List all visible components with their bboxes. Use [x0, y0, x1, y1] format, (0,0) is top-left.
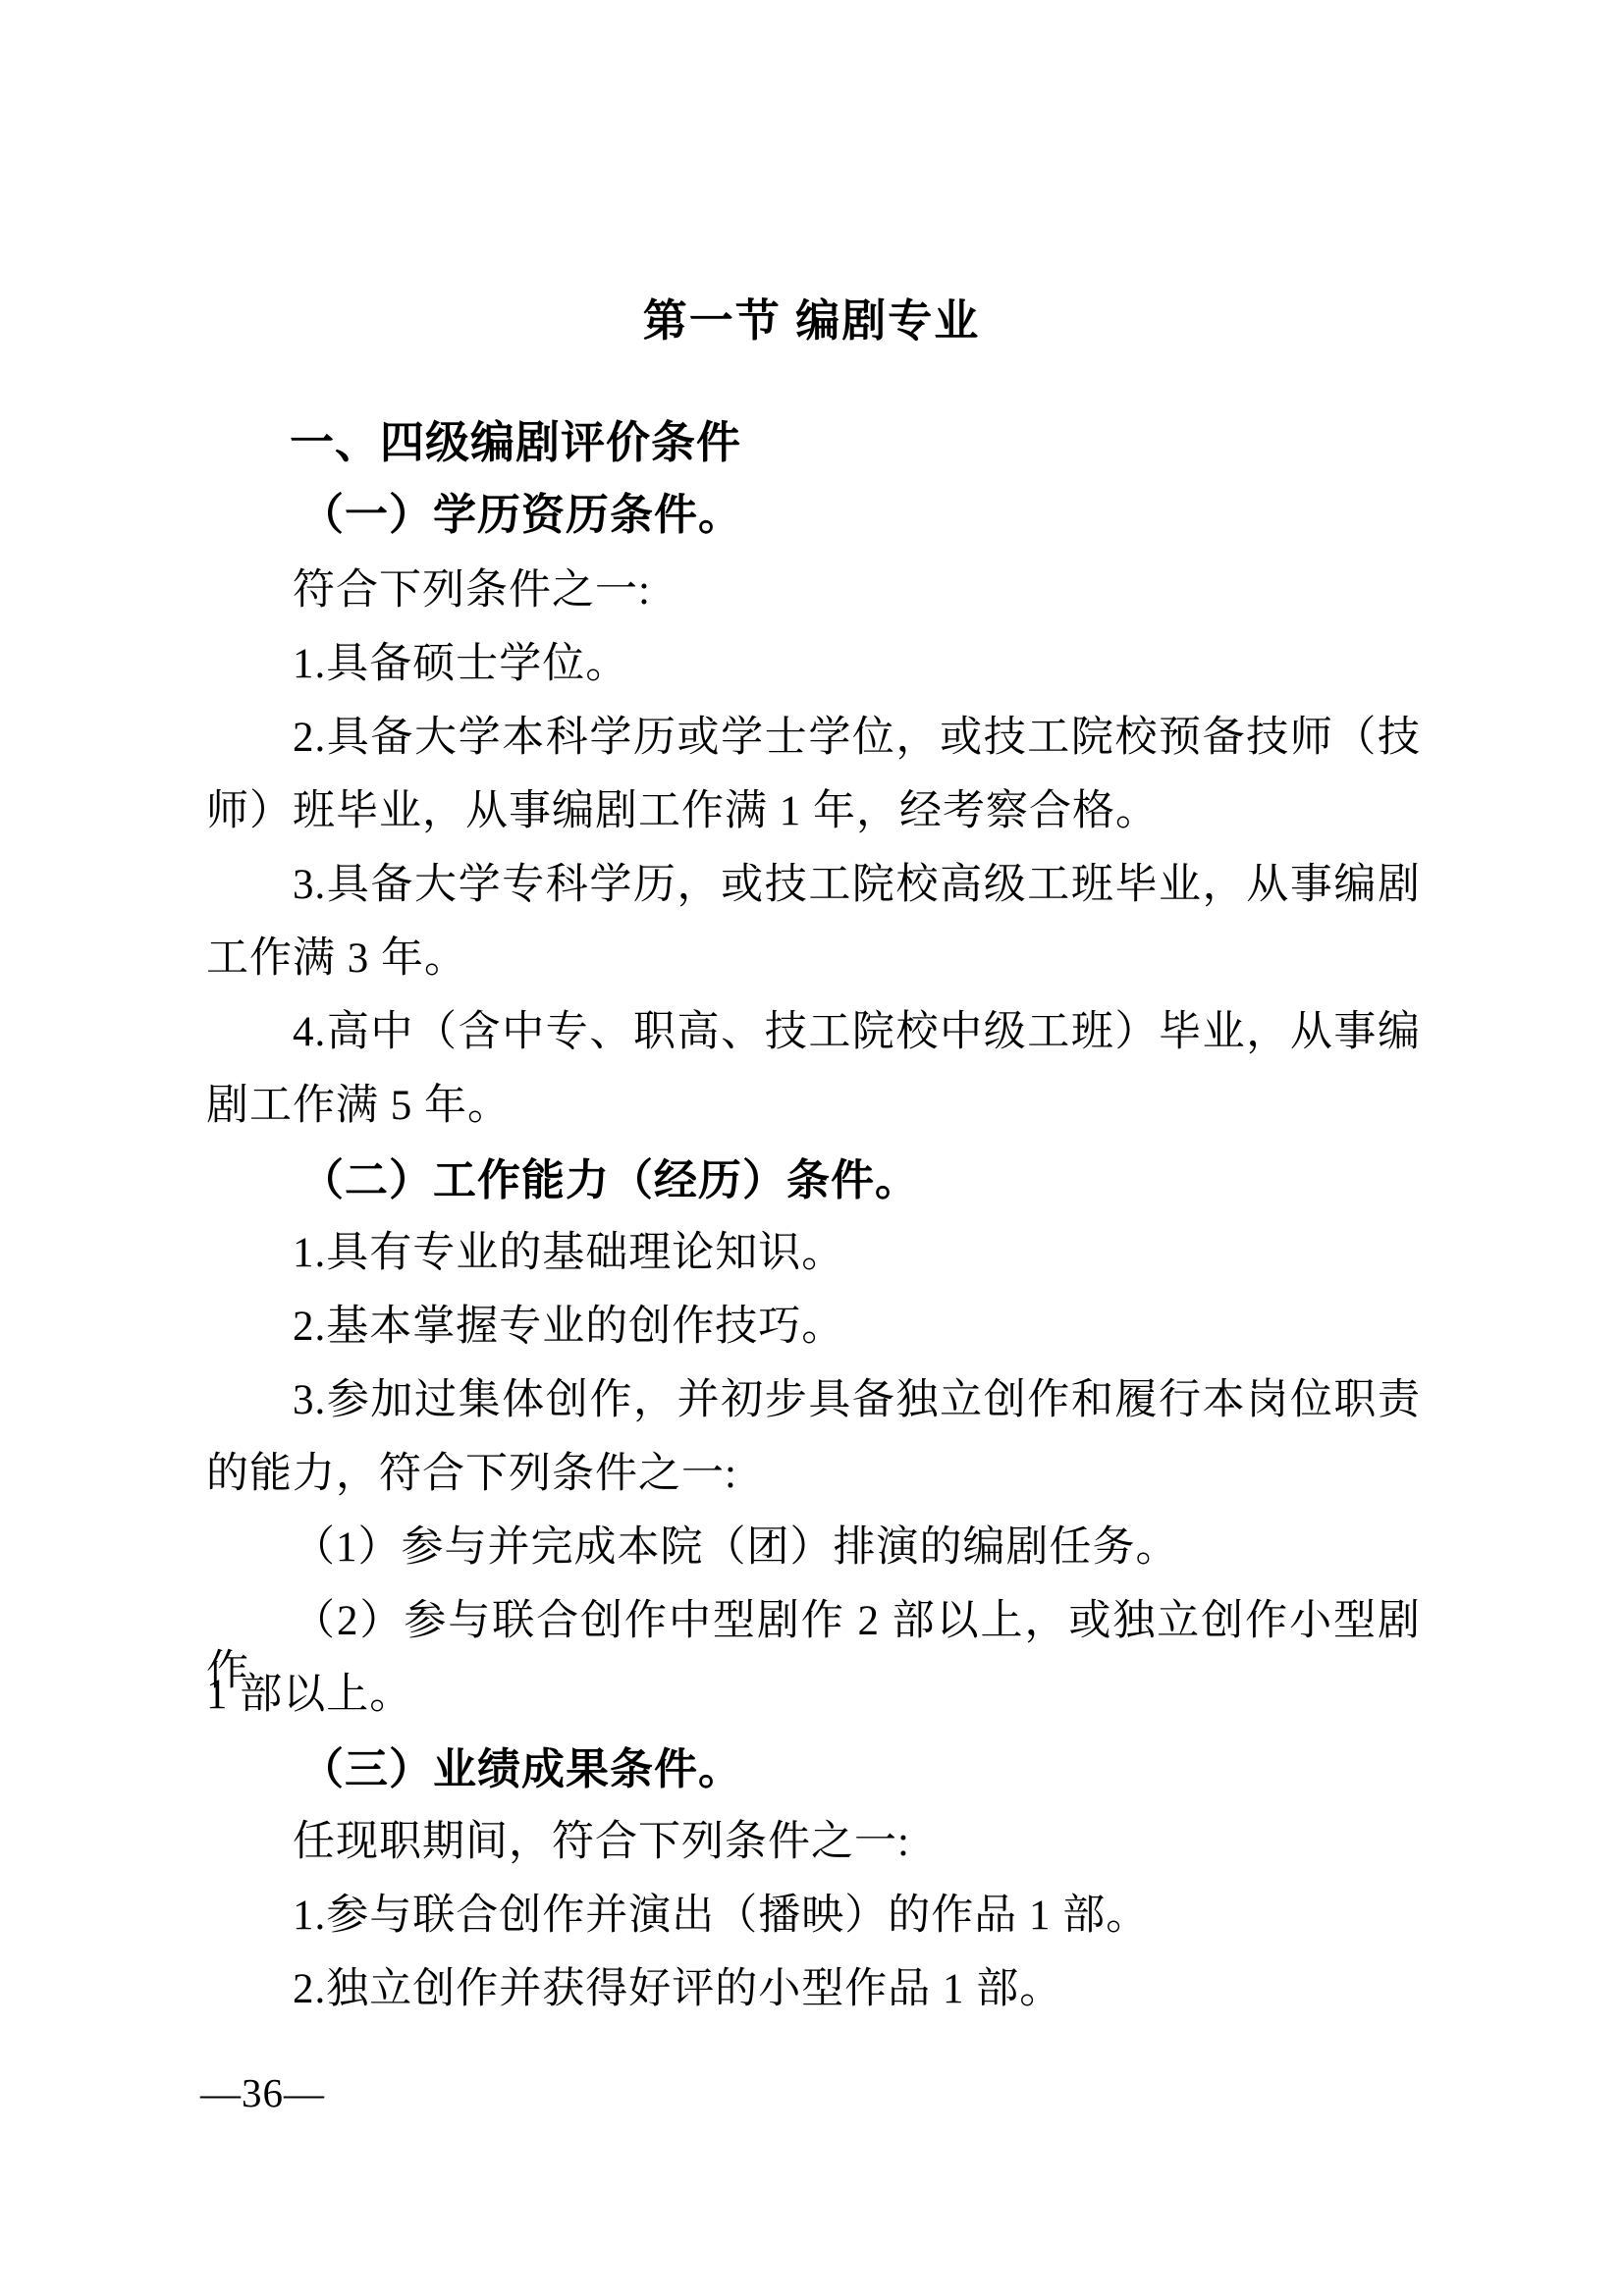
page-number: —36— — [200, 2069, 325, 2116]
heading-work-ability-requirements: （二）工作能力（经历）条件。 — [300, 1155, 919, 1206]
body-line: 剧工作满 5 年。 — [206, 1082, 511, 1132]
body-line: 任现职期间，符合下列条件之一: — [293, 1818, 910, 1868]
body-line: 3.具备大学专科学历，或技工院校高级工班毕业，从事编剧 — [206, 861, 1421, 911]
body-line: 3.参加过集体创作，并初步具备独立创作和履行本岗位职责 — [206, 1376, 1421, 1426]
body-line: 2.具备大学本科学历或学士学位，或技工院校预备技师（技 — [206, 714, 1421, 764]
heading-achievement-requirements: （三）业绩成果条件。 — [300, 1744, 742, 1795]
body-line: 2.基本掌握专业的创作技巧。 — [293, 1303, 844, 1353]
section-title: 第一节 编剧专业 — [0, 294, 1623, 347]
body-line: 1.具有专业的基础理论知识。 — [293, 1229, 844, 1279]
heading-grade4-criteria: 一、四级编剧评价条件 — [290, 416, 741, 468]
document-page: 第一节 编剧专业 一、四级编剧评价条件 （一）学历资历条件。 符合下列条件之一:… — [0, 0, 1623, 2296]
body-line: 1 部以上。 — [206, 1671, 412, 1721]
body-line: 1.具备硕士学位。 — [293, 640, 628, 690]
body-line: 符合下列条件之一: — [293, 566, 651, 616]
body-line: 4.高中（含中专、职高、技工院校中级工班）毕业，从事编 — [206, 1008, 1421, 1058]
body-line: 1.参与联合创作并演出（播映）的作品 1 部。 — [293, 1892, 1149, 1942]
body-line: （1）参与并完成本院（团）排演的编剧任务。 — [293, 1523, 1179, 1574]
body-line: 的能力，符合下列条件之一: — [206, 1450, 737, 1500]
body-line: 师）班毕业，从事编剧工作满 1 年，经考察合格。 — [206, 787, 1159, 837]
heading-education-requirements: （一）学历资历条件。 — [300, 490, 742, 541]
body-line: 2.独立创作并获得好评的小型作品 1 部。 — [293, 1965, 1062, 2015]
body-line: 工作满 3 年。 — [206, 934, 467, 985]
